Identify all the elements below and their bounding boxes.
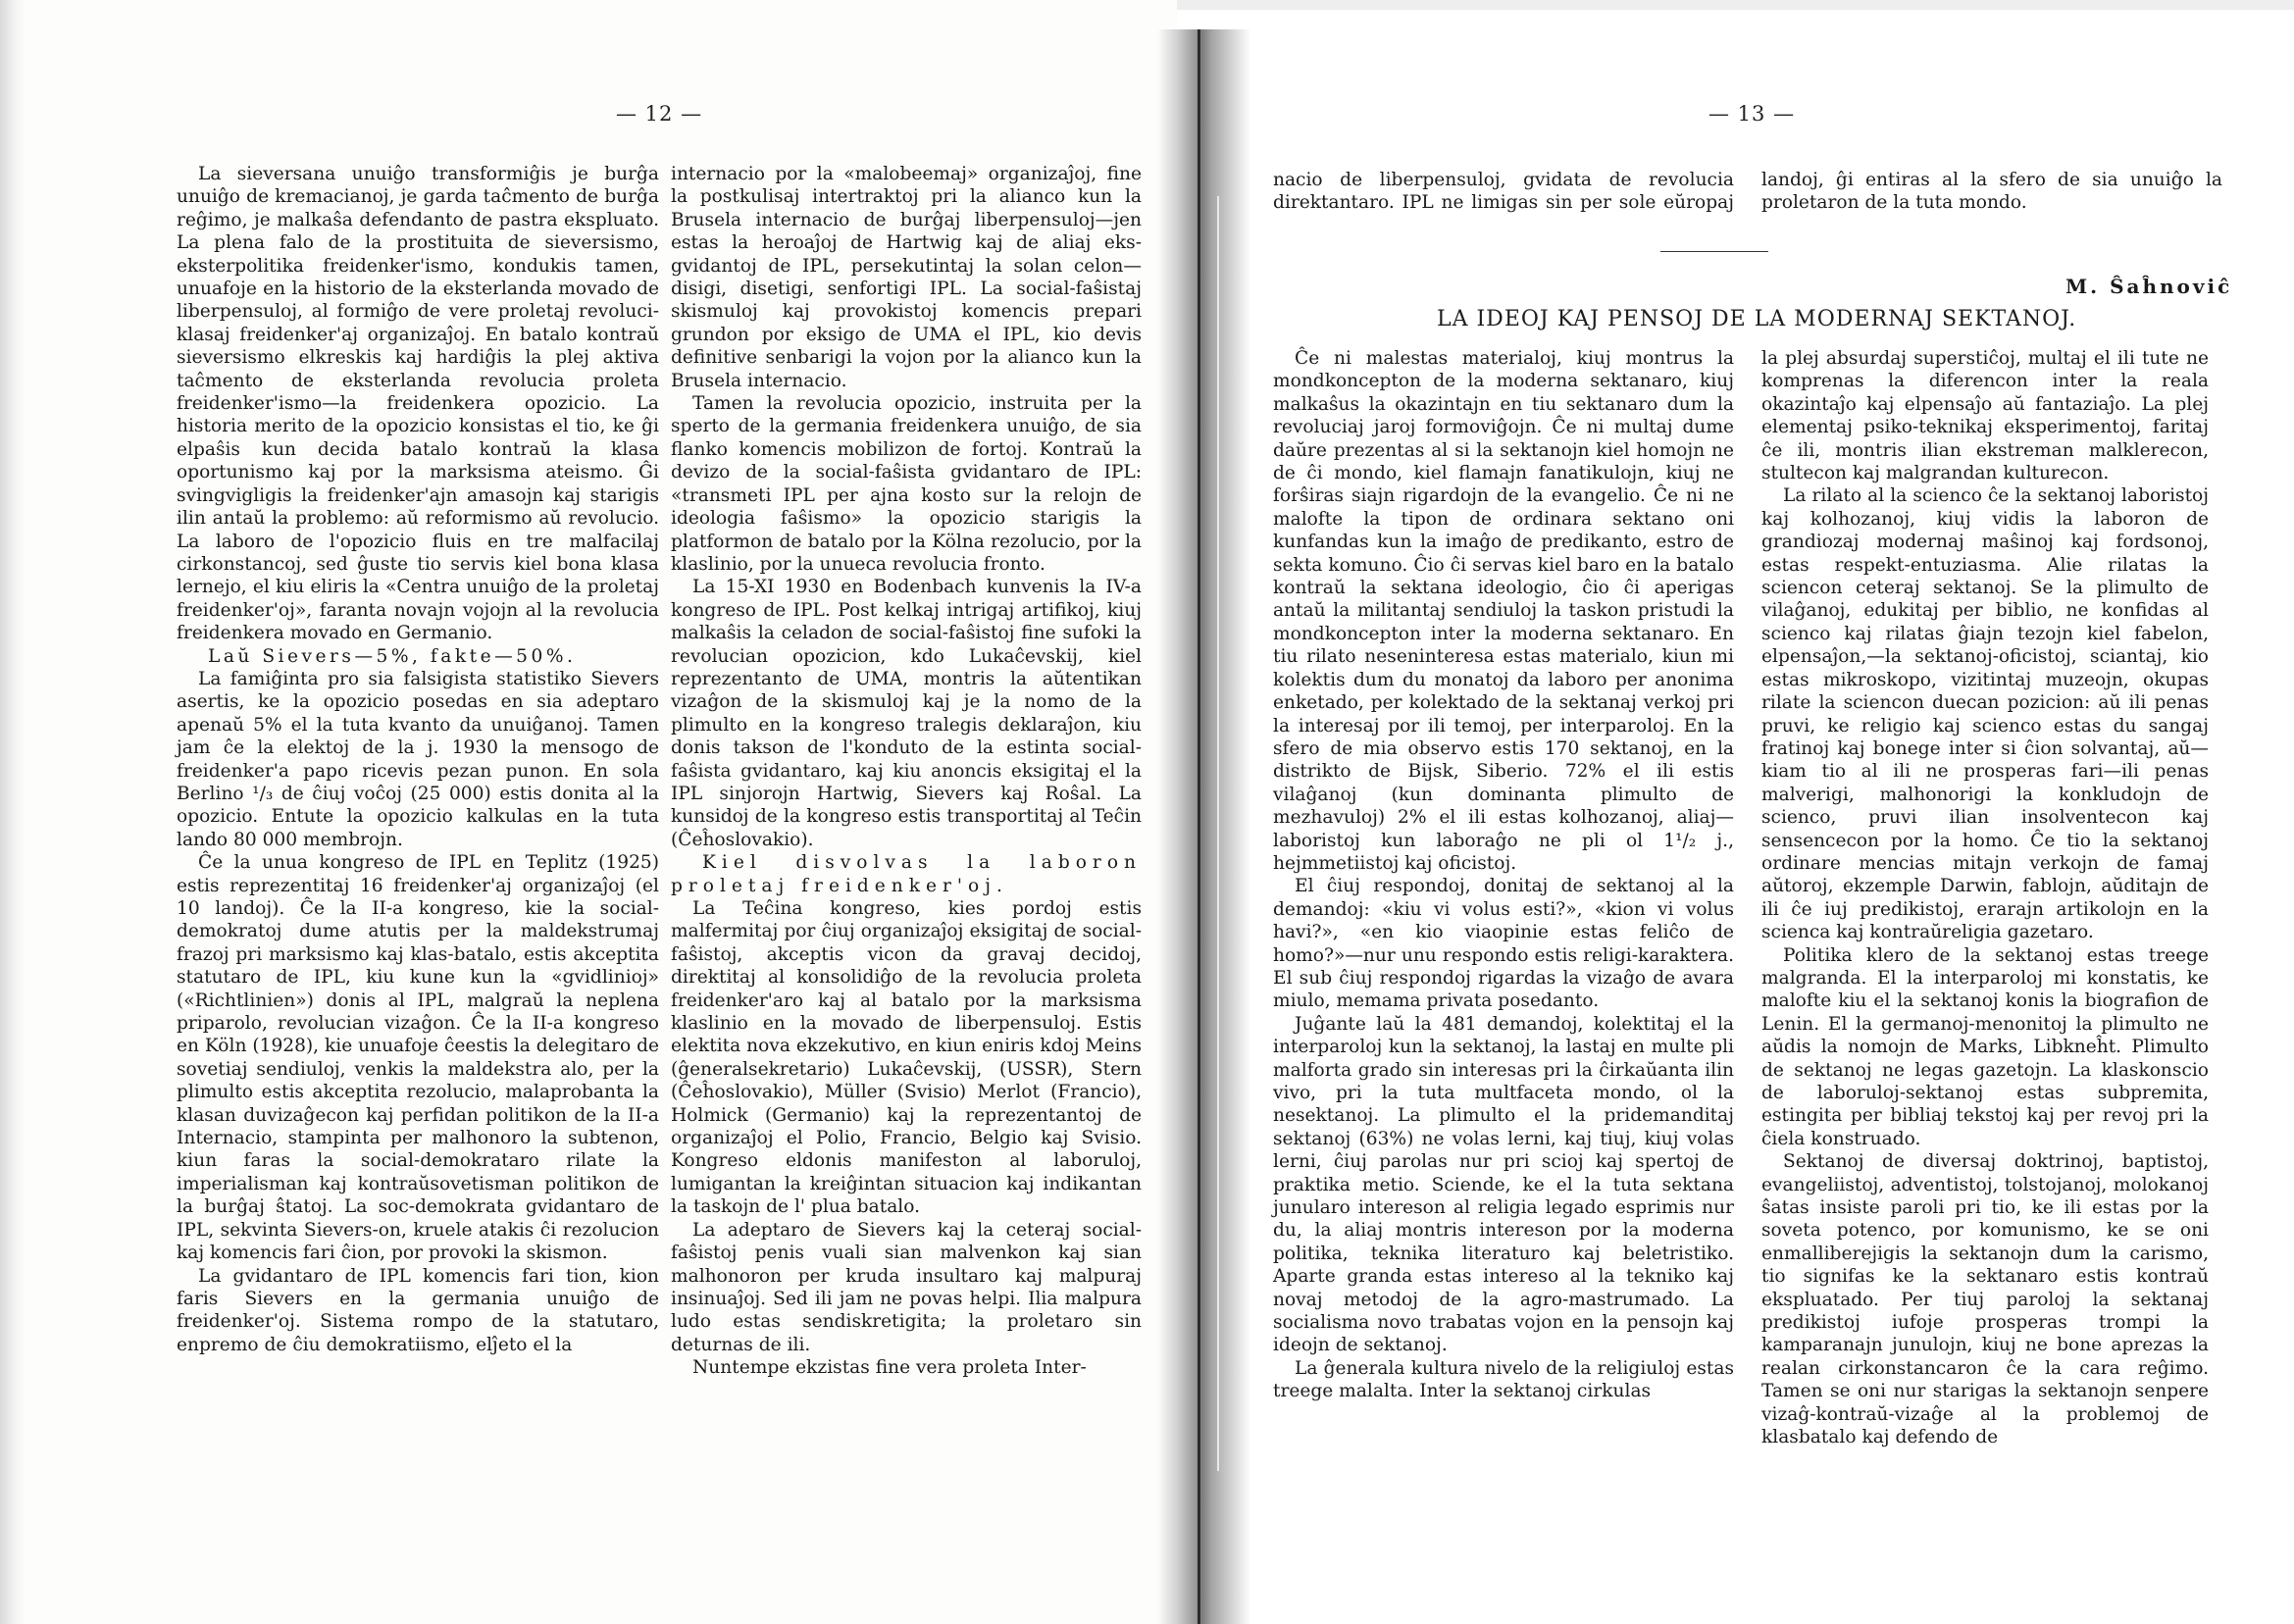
column-3: Ĉe ni malestas materialoj, kiuj montrus … <box>1273 347 1734 1403</box>
page-number-left: — 12 — <box>616 102 702 126</box>
paragraph: La 15-XI 1930 en Bodenbach kunvenis la I… <box>671 576 1142 851</box>
book-spine-line <box>1198 29 1200 1624</box>
paragraph: La ĝenerala kultura nivelo de la religiu… <box>1273 1357 1734 1403</box>
continuation-text-right: landoj, ĝi entiras al la sfero de sia un… <box>1761 169 2222 215</box>
paragraph: la plej absurdaj superstiĉoj, multaj el … <box>1761 347 2209 484</box>
paragraph: La adeptaro de Sievers kaj la ceteraj so… <box>671 1219 1142 1356</box>
section-heading: Laŭ Sievers—5%, fakte—50%. <box>177 645 659 668</box>
paragraph: landoj, ĝi entiras al la sfero de sia un… <box>1761 169 2222 215</box>
page-number-right: — 13 — <box>1708 102 1795 126</box>
paragraph: nacio de liberpensuloj, gvidata de revol… <box>1273 169 1734 215</box>
paragraph: Nuntempe ekzistas fine vera proleta Inte… <box>671 1356 1142 1379</box>
paragraph: La gvidantaro de IPL komencis fari tion,… <box>177 1265 659 1357</box>
left-page: — 12 — La sieversana unuiĝo transformiĝi… <box>0 0 1177 1624</box>
scan-left-edge <box>0 0 25 1624</box>
paragraph: La sieversana unuiĝo transformiĝis je bu… <box>177 163 659 645</box>
paragraph: La rilato al la scienco ĉe la sektanoj l… <box>1761 484 2209 943</box>
paragraph: El ĉiuj respondoj, donitaj de sektanoj a… <box>1273 875 1734 1012</box>
paragraph: La Teĉina kongreso, kies pordoj estis ma… <box>671 897 1142 1219</box>
author-name: M. Ŝaĥnoviĉ <box>2065 275 2232 298</box>
continuation-text-left: nacio de liberpensuloj, gvidata de revol… <box>1273 169 1734 215</box>
article-divider <box>1660 251 1768 252</box>
column-4: la plej absurdaj superstiĉoj, multaj el … <box>1761 347 2209 1449</box>
paragraph: Politika klero de la sektanoj estas tree… <box>1761 944 2209 1151</box>
paragraph: Juĝante laŭ la 481 demandoj, kolektitaj … <box>1273 1013 1734 1357</box>
paragraph: La famiĝinta pro sia falsigista statisti… <box>177 668 659 851</box>
paragraph: internacio por la «malobeemaj» organizaĵ… <box>671 163 1142 392</box>
book-spine-highlight <box>1217 196 1219 1471</box>
paragraph: Sektanoj de diversaj doktrinoj, baptisto… <box>1761 1150 2209 1448</box>
book-gutter-shadow <box>1157 29 1250 1624</box>
article-title: LA IDEOJ KAJ PENSOJ DE LA MODERNAJ SEKTA… <box>1437 307 2076 331</box>
section-heading: Kiel disvolvas la laboron proletaj freid… <box>671 851 1142 897</box>
paragraph: Ĉe ni malestas materialoj, kiuj montrus … <box>1273 347 1734 875</box>
column-1: La sieversana unuiĝo transformiĝis je bu… <box>177 163 659 1356</box>
paragraph: Ĉe la unua kongreso de IPL en Teplitz (1… <box>177 851 659 1264</box>
column-2: internacio por la «malobeemaj» organizaĵ… <box>671 163 1142 1380</box>
paragraph: Tamen la revolucia opozicio, instruita p… <box>671 392 1142 576</box>
